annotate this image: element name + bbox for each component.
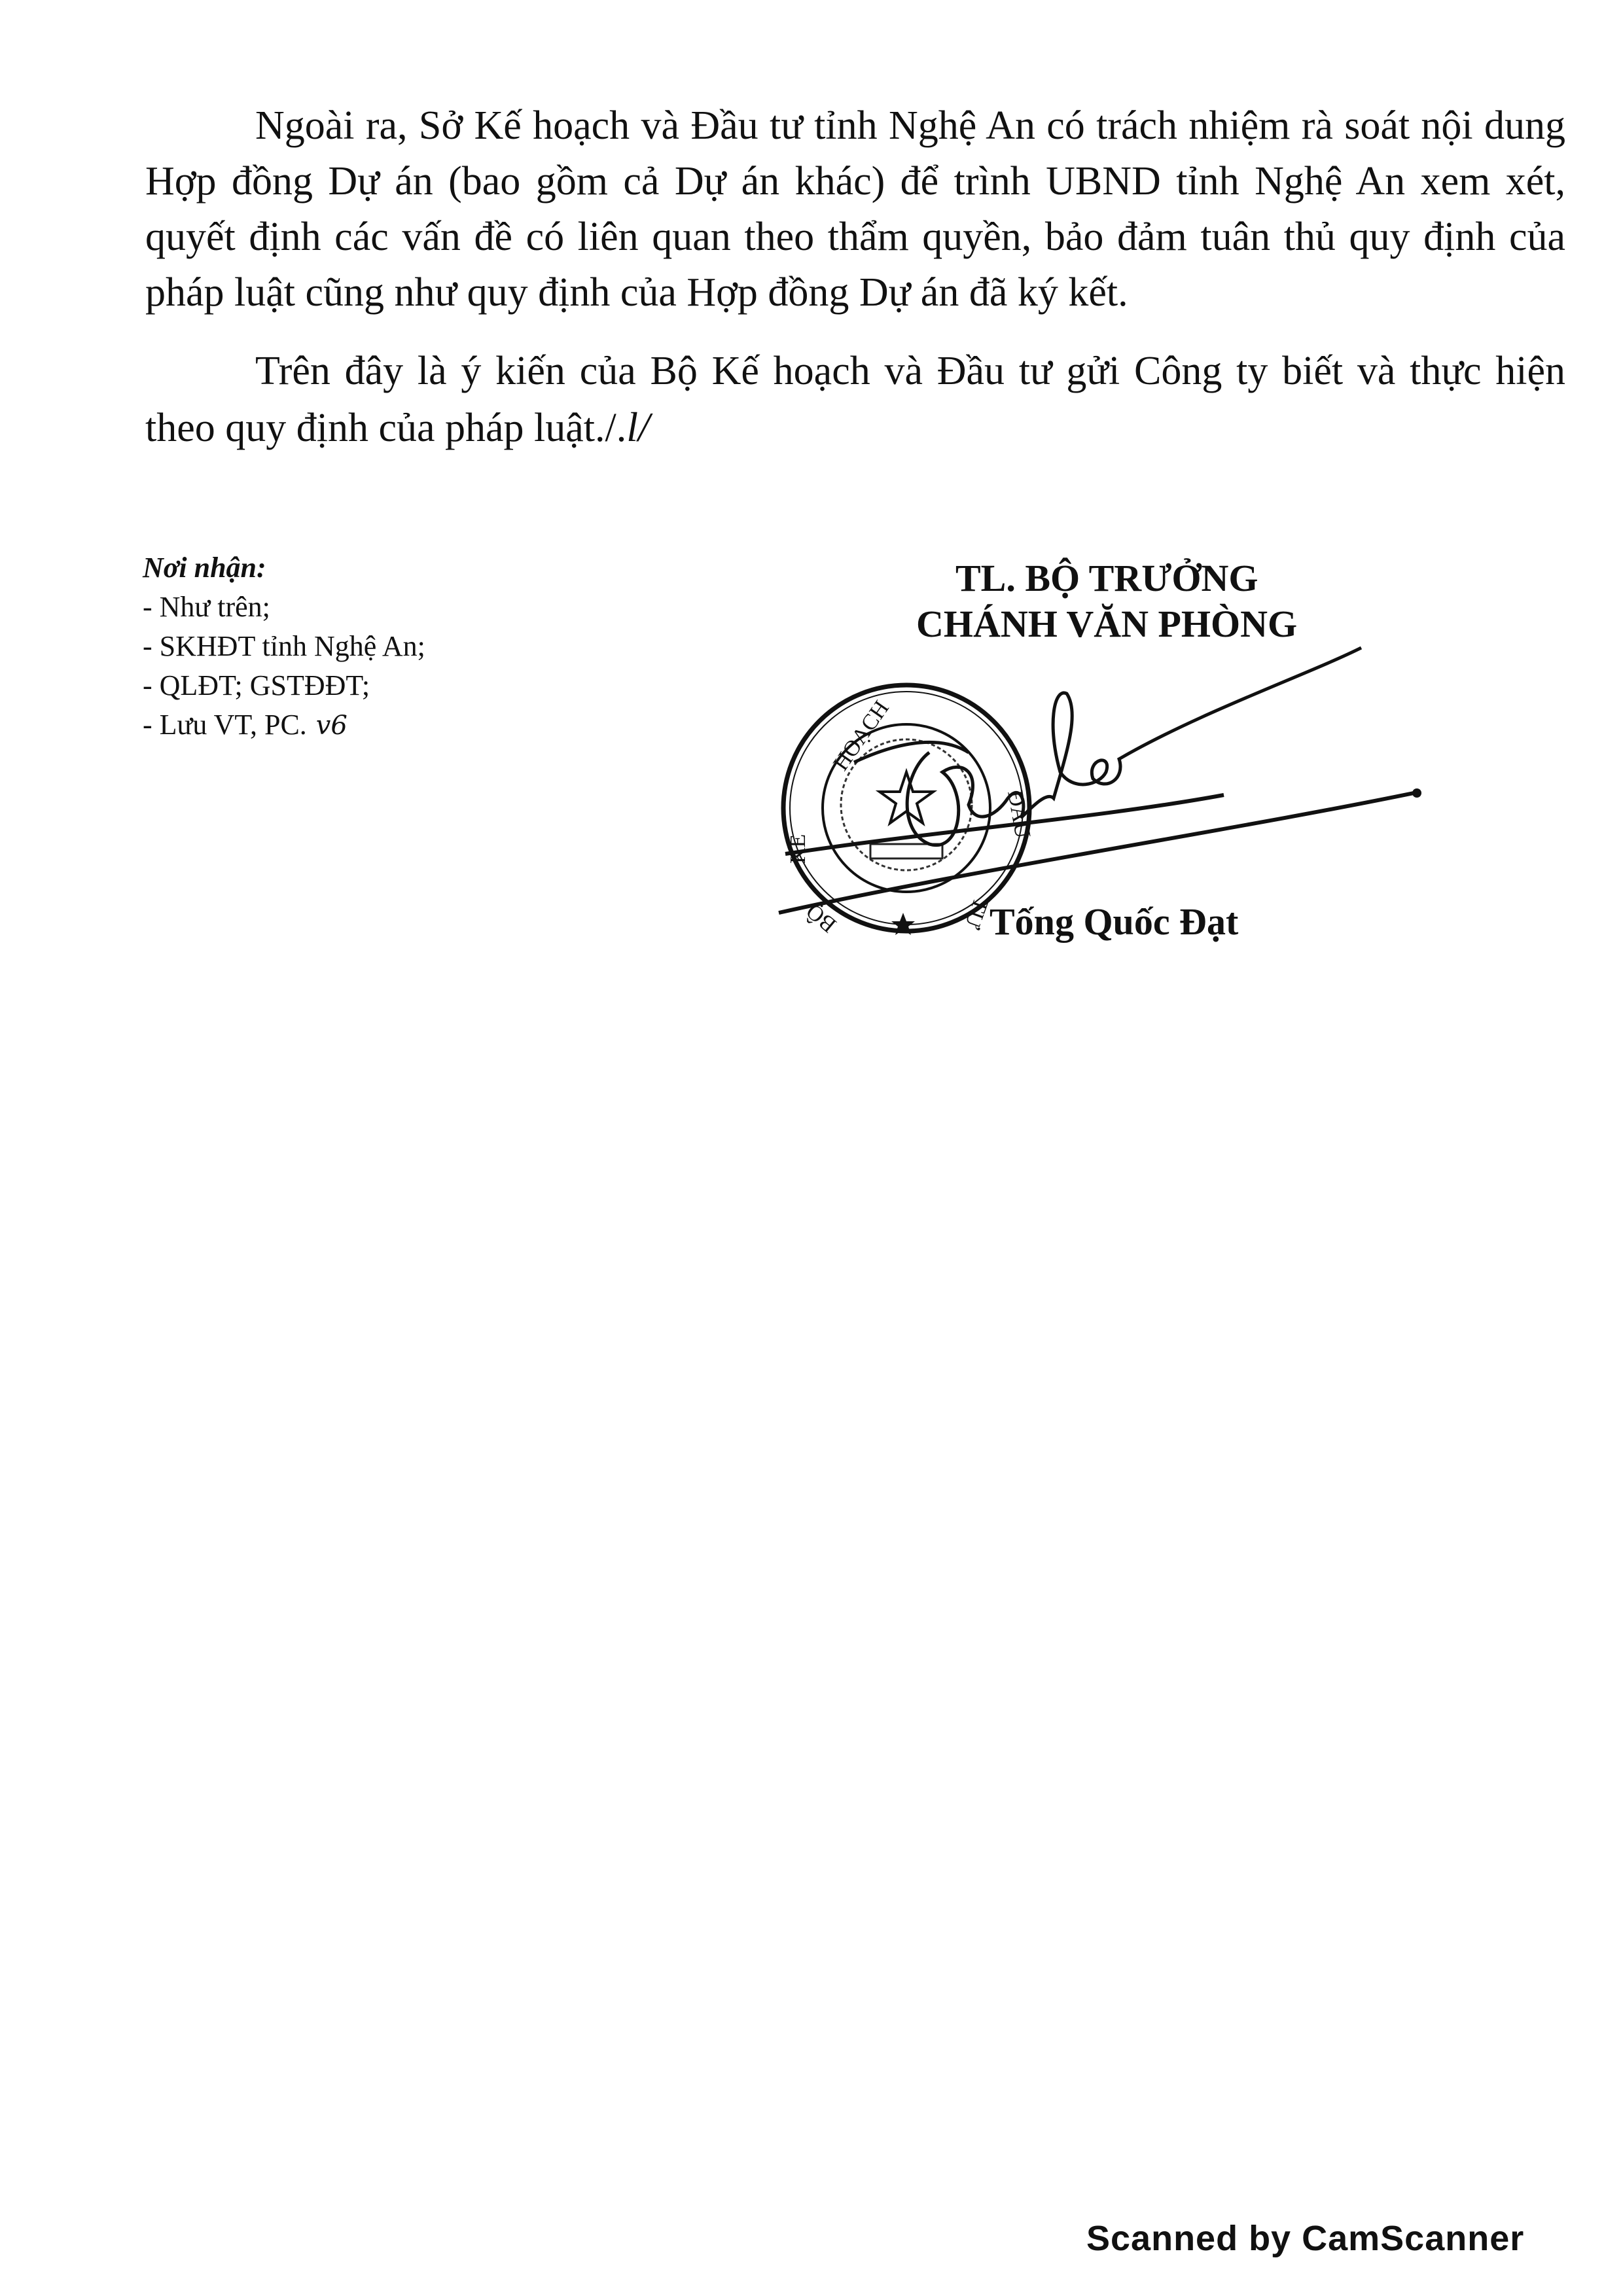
body-paragraph-1: Ngoài ra, Sở Kế hoạch và Đầu tư tỉnh Ngh… [145,98,1565,321]
recipient-item: - Như trên; [143,588,425,627]
handwritten-initials: v6 [316,711,348,741]
signer-name: Tống Quốc Đạt [990,900,1238,944]
body-paragraph-2: Trên đây là ý kiến của Bộ Kế hoạch và Đầ… [145,344,1565,456]
recipients-block: Nơi nhận: - Như trên; - SKHĐT tỉnh Nghệ … [143,548,425,745]
handwritten-end-mark: l/ [626,404,650,450]
recipient-item: - SKHĐT tỉnh Nghệ An; [143,627,425,666]
recipient-item: - QLĐT; GSTĐĐT; [143,666,425,705]
recipient-item: - Lưu VT, PC.v6 [143,705,425,745]
recipients-title: Nơi nhận: [143,548,425,588]
paragraph-2-text: Trên đây là ý kiến của Bộ Kế hoạch và Đầ… [145,349,1565,450]
paragraph-1-text: Ngoài ra, Sở Kế hoạch và Đầu tư tỉnh Ngh… [145,103,1565,315]
recipient-item-text: - Lưu VT, PC. [143,709,307,741]
signature-title-line-2: CHÁNH VĂN PHÒNG [916,602,1297,646]
camscanner-watermark: Scanned by CamScanner [1086,2218,1524,2259]
signature-block: HOẠCH KẾ BỘ TƯ ĐẦU TL. BỘ TRƯỞNG CHÁNH V… [772,556,1558,975]
signature-title-line-1: TL. BỘ TRƯỞNG [955,556,1258,600]
